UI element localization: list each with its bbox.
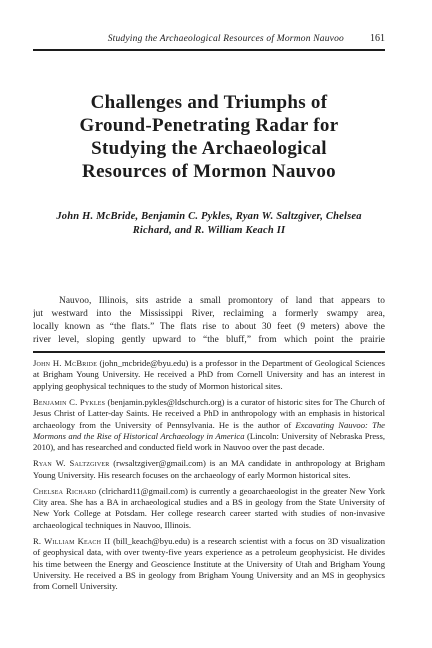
body-paragraph: Nauvoo, Illinois, sits astride a small p…: [33, 295, 385, 347]
footnote-separator: [33, 351, 385, 353]
footnote-keach: R. William Keach II (bill_keach@byu.edu)…: [33, 536, 385, 593]
book-page: Studying the Archaeological Resources of…: [0, 0, 432, 648]
page-number: 161: [370, 33, 385, 45]
footnote-author-name: R. William Keach II: [33, 536, 110, 546]
footnote-author-name: Chelsea Richard: [33, 486, 96, 496]
title-line: Ground-Penetrating Radar for: [33, 114, 385, 137]
body-line: locally known as “the flats.” The flats …: [33, 321, 385, 334]
author-byline: John H. McBride, Benjamin C. Pykles, Rya…: [33, 210, 385, 238]
body-line: river level, sloping gently upward to “t…: [33, 334, 385, 347]
footnote-author-name: Ryan W. Saltzgiver: [33, 458, 109, 468]
article-title: Challenges and Triumphs of Ground-Penetr…: [33, 91, 385, 183]
footnote-pykles: Benjamin C. Pykles (benjamin.pykles@ldsc…: [33, 397, 385, 454]
header-rule: [33, 49, 385, 51]
body-line: Nauvoo, Illinois, sits astride a small p…: [33, 295, 385, 308]
footnote-richard: Chelsea Richard (clrichard11@gmail.com) …: [33, 486, 385, 532]
footnote-author-name: John H. McBride: [33, 358, 97, 368]
text-block: Studying the Archaeological Resources of…: [33, 0, 385, 597]
title-line: Challenges and Triumphs of: [33, 91, 385, 114]
footnote-mcbride: John H. McBride (john_mcbride@byu.edu) i…: [33, 358, 385, 392]
title-line: Studying the Archaeological: [33, 137, 385, 160]
author-line: John H. McBride, Benjamin C. Pykles, Rya…: [33, 210, 385, 224]
author-footnotes: John H. McBride (john_mcbride@byu.edu) i…: [33, 358, 385, 593]
title-line: Resources of Mormon Nauvoo: [33, 160, 385, 183]
running-head: Studying the Archaeological Resources of…: [108, 33, 344, 45]
body-line: jut westward into the Mississippi River,…: [33, 308, 385, 321]
footnote-author-name: Benjamin C. Pykles: [33, 397, 105, 407]
page-header: Studying the Archaeological Resources of…: [33, 33, 385, 45]
footnote-saltzgiver: Ryan W. Saltzgiver (rwsaltzgiver@gmail.c…: [33, 458, 385, 481]
author-line: Richard, and R. William Keach II: [33, 224, 385, 238]
